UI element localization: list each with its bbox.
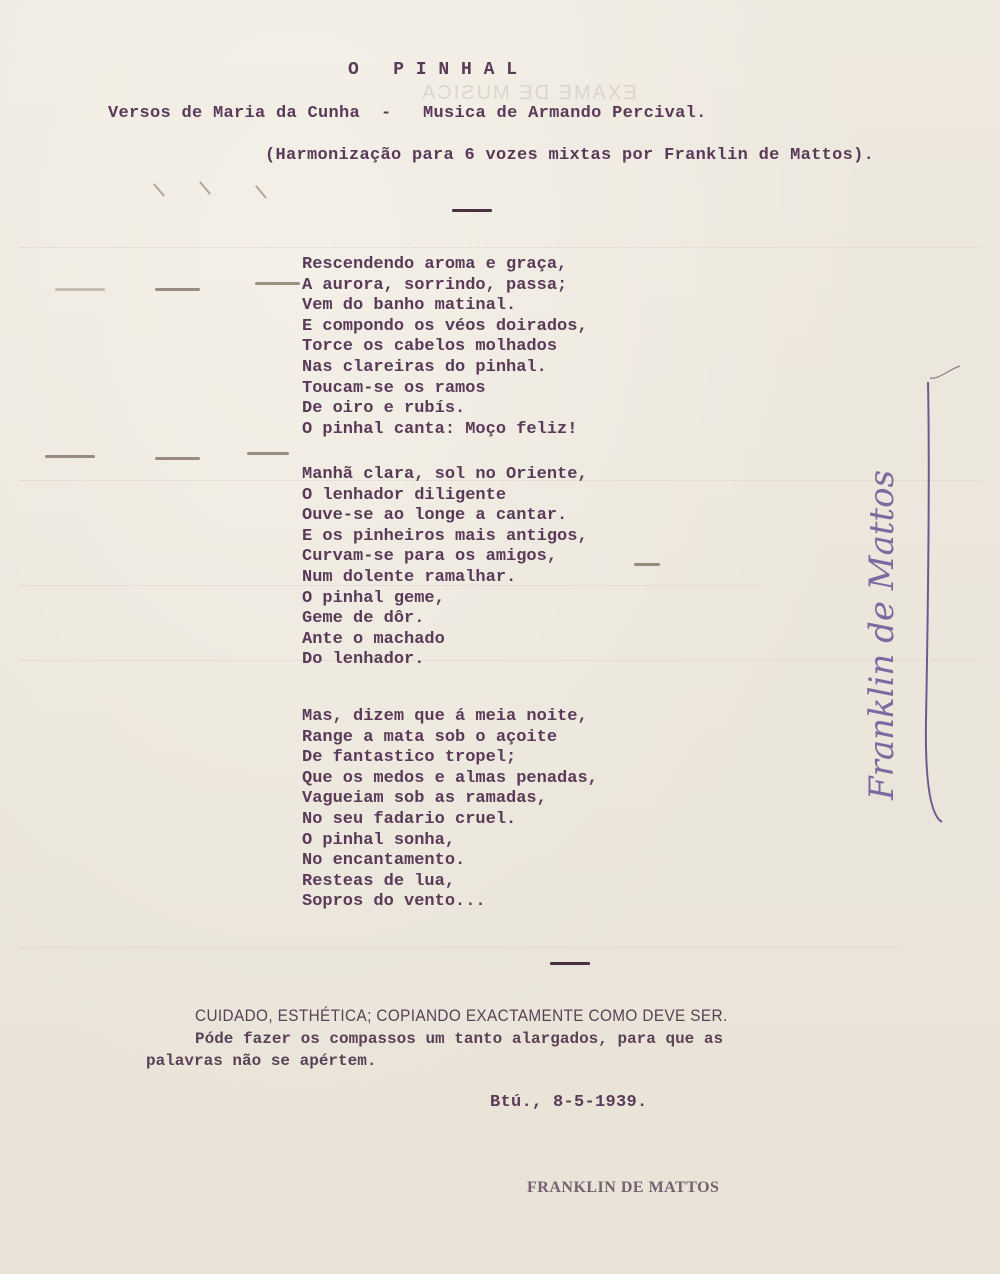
ghost-tick-mark xyxy=(153,183,165,197)
credits-line: Versos de Maria da Cunha - Musica de Arm… xyxy=(108,104,707,124)
ghost-tick-mark xyxy=(199,181,211,195)
ghost-dash xyxy=(45,455,95,458)
harmonization-line: (Harmonização para 6 vozes mixtas por Fr… xyxy=(265,146,874,166)
verse-line: Nas clareiras do pinhal. xyxy=(302,358,588,379)
verse-line: Vagueiam sob as ramadas, xyxy=(302,789,598,810)
verse-line: Toucam-se os ramos xyxy=(302,379,588,400)
verse-line: Range a mata sob o açoite xyxy=(302,728,598,749)
instruction-caps-line: CUIDADO, ESTHÉTICA; COPIANDO EXACTAMENTE… xyxy=(195,1005,728,1027)
ghost-dash xyxy=(247,452,289,455)
verse-line: Sopros do vento... xyxy=(302,892,598,913)
bleed-through-text: EXAME DE MUSICA xyxy=(420,82,637,105)
document-title: O P I N H A L xyxy=(348,60,518,80)
verse-line: A aurora, sorrindo, passa; xyxy=(302,276,588,297)
faint-staff-line xyxy=(20,947,900,948)
typed-signature: FRANKLIN DE MATTOS xyxy=(527,1178,719,1198)
instruction-line-2: palavras não se apértem. xyxy=(146,1050,376,1072)
stanza-2: Manhã clara, sol no Oriente, O lenhador … xyxy=(302,465,588,671)
section-divider xyxy=(452,209,492,212)
handwritten-signature-icon: Franklin de Mattos xyxy=(820,360,970,830)
verse-line: No seu fadario cruel. xyxy=(302,810,598,831)
verse-line: Manhã clara, sol no Oriente, xyxy=(302,465,588,486)
verse-line: Vem do banho matinal. xyxy=(302,296,588,317)
verse-line: De oiro e rubís. xyxy=(302,399,588,420)
verse-line: O pinhal geme, xyxy=(302,589,588,610)
stanza-1: Rescendendo aroma e graça, A aurora, sor… xyxy=(302,255,588,440)
handwritten-signature-text: Franklin de Mattos xyxy=(862,470,902,801)
faint-staff-line xyxy=(20,247,980,248)
verse-line: O lenhador diligente xyxy=(302,486,588,507)
ghost-dash xyxy=(634,563,660,566)
verse-line: Rescendendo aroma e graça, xyxy=(302,255,588,276)
verse-line: Torce os cabelos molhados xyxy=(302,337,588,358)
verse-line: Que os medos e almas penadas, xyxy=(302,769,598,790)
verse-line: Ouve-se ao longe a cantar. xyxy=(302,506,588,527)
verse-line: Mas, dizem que á meia noite, xyxy=(302,707,598,728)
verse-line: Ante o machado xyxy=(302,630,588,651)
ghost-dash xyxy=(55,288,105,291)
verse-line: Curvam-se para os amigos, xyxy=(302,547,588,568)
verse-line: Resteas de lua, xyxy=(302,872,598,893)
verse-line: E compondo os véos doirados, xyxy=(302,317,588,338)
verse-line: O pinhal canta: Moço feliz! xyxy=(302,420,588,441)
date-line: Btú., 8-5-1939. xyxy=(490,1093,648,1113)
verse-line: Num dolente ramalhar. xyxy=(302,568,588,589)
stanza-3: Mas, dizem que á meia noite, Range a mat… xyxy=(302,707,598,913)
ghost-dash xyxy=(255,282,300,285)
instruction-line-1: Póde fazer os compassos um tanto alargad… xyxy=(195,1028,723,1050)
verse-line: Geme de dôr. xyxy=(302,609,588,630)
ghost-dash xyxy=(155,288,200,291)
verse-line: No encantamento. xyxy=(302,851,598,872)
verse-line: O pinhal sonha, xyxy=(302,831,598,852)
verse-line: Do lenhador. xyxy=(302,650,588,671)
ghost-tick-mark xyxy=(255,185,267,199)
paper-background: EXAME DE MUSICA O P I N H A L Versos de … xyxy=(0,0,1000,1274)
verse-line: De fantastico tropel; xyxy=(302,748,598,769)
section-divider xyxy=(550,962,590,965)
verse-line: E os pinheiros mais antigos, xyxy=(302,527,588,548)
ghost-dash xyxy=(155,457,200,460)
